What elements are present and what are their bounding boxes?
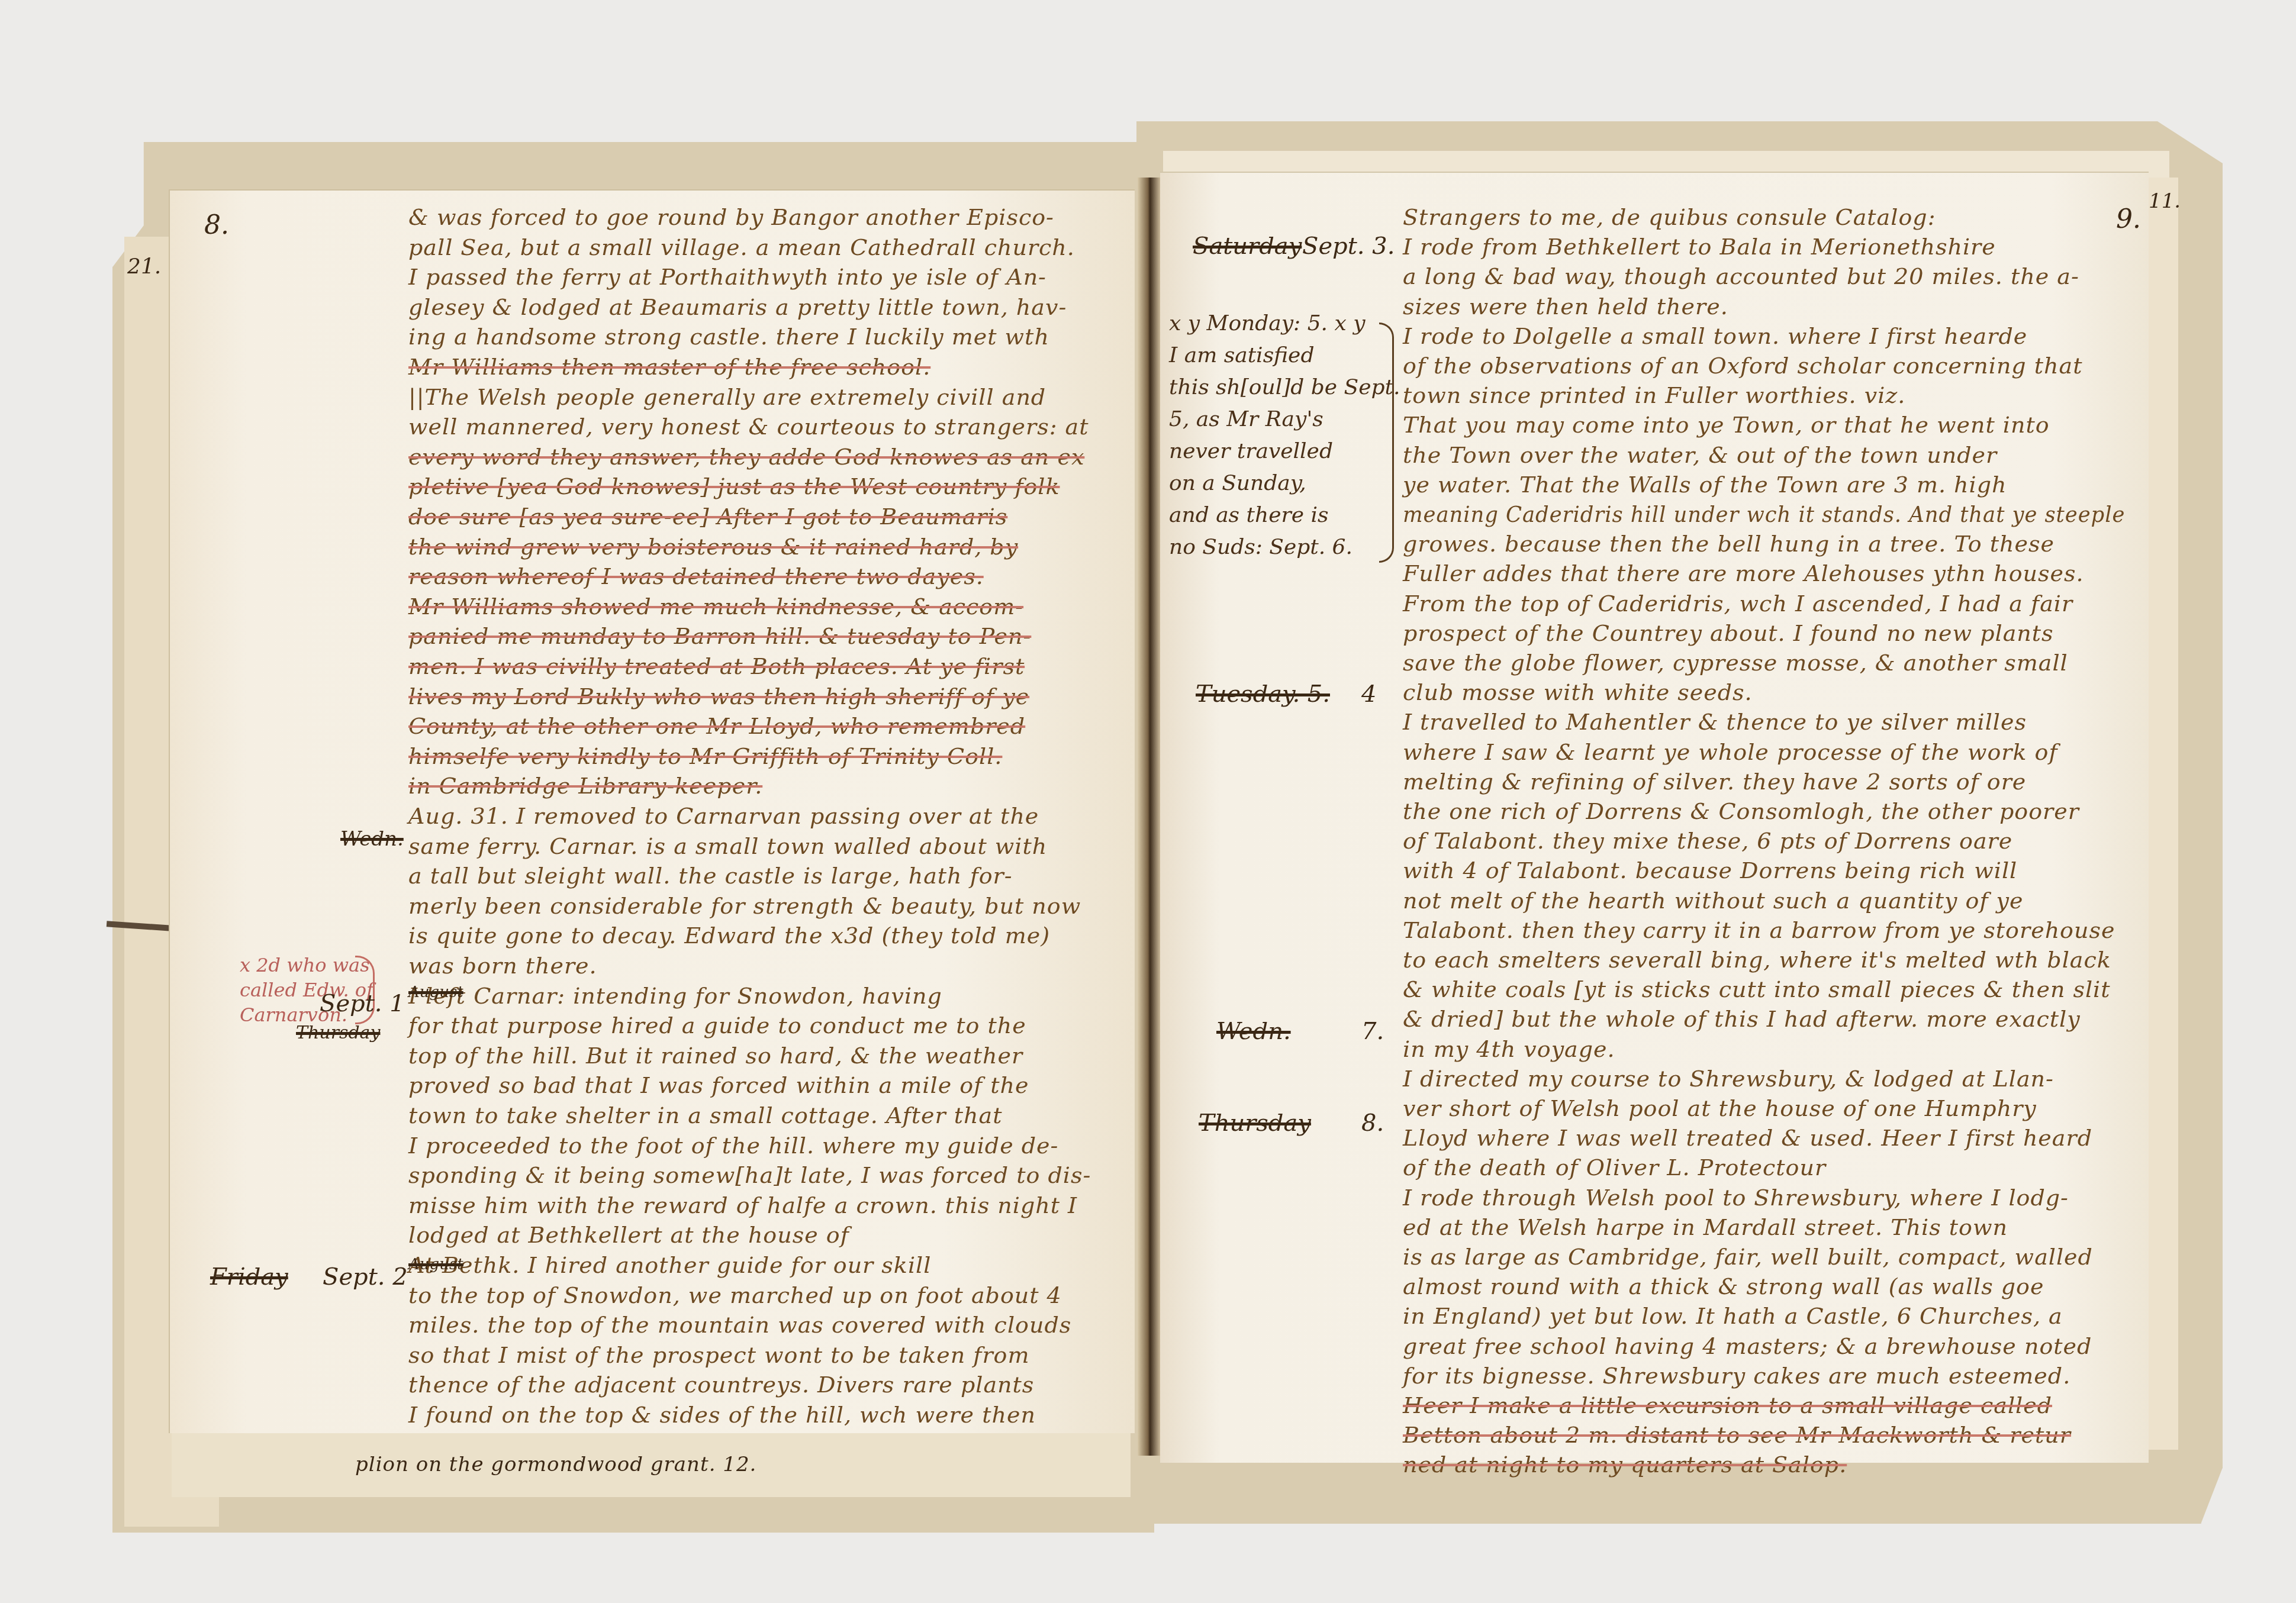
note-line: no Suds: Sept. 6. bbox=[1169, 531, 1400, 563]
struck-month-sept2: August bbox=[408, 1256, 463, 1273]
manuscript-line: was born there. bbox=[408, 953, 597, 979]
manuscript-line: pletive [yea God knowes] just as the Wes… bbox=[408, 473, 1060, 499]
date-sept3: Sept. 3. bbox=[1302, 233, 1395, 260]
manuscript-line: ing a handsome strong castle. there I lu… bbox=[408, 324, 1049, 350]
manuscript-line: pall Sea, but a small village. a mean Ca… bbox=[408, 234, 1075, 260]
manuscript-line: almost round with a thick & strong wall … bbox=[1403, 1273, 2044, 1299]
manuscript-line: Fuller addes that there are more Alehous… bbox=[1403, 560, 2084, 586]
manuscript-line: I passed the ferry at Porthaithwyth into… bbox=[408, 264, 1046, 290]
manuscript-line: where I saw & learnt ye whole processe o… bbox=[1403, 739, 2058, 765]
date-sept8: 8. bbox=[1361, 1109, 1384, 1137]
manuscript-line: same ferry. Carnar. is a small town wall… bbox=[408, 833, 1047, 859]
manuscript-line: ye water. That the Walls of the Town are… bbox=[1403, 472, 2007, 498]
manuscript-line: panied me munday to Barron hill. & tuesd… bbox=[408, 623, 1031, 649]
manuscript-line: for its bignesse. Shrewsbury cakes are m… bbox=[1403, 1363, 2070, 1389]
note-line: and as there is bbox=[1169, 499, 1400, 531]
manuscript-line: in England) yet but low. It hath a Castl… bbox=[1403, 1303, 2063, 1329]
manuscript-line: the one rich of Dorrens & Consomlogh, th… bbox=[1403, 798, 2079, 824]
manuscript-line: & was forced to goe round by Bangor anot… bbox=[408, 204, 1054, 230]
manuscript-line: for that purpose hired a guide to conduc… bbox=[408, 1012, 1026, 1038]
note-bracket bbox=[1379, 322, 1394, 563]
struck-day-sept4: Tuesday. 5. bbox=[1196, 680, 1330, 708]
note-line: on a Sunday, bbox=[1169, 467, 1400, 499]
manuscript-line: doe sure [as yea sure-ee] After I got to… bbox=[408, 504, 1007, 530]
manuscript-line: I proceeded to the foot of the hill. whe… bbox=[408, 1133, 1058, 1159]
manuscript-line: proved so bad that I was forced within a… bbox=[408, 1072, 1029, 1098]
date-sept7: 7. bbox=[1361, 1018, 1384, 1045]
manuscript-line: That you may come into ye Town, or that … bbox=[1403, 412, 2050, 438]
manuscript-line: sponding & it being somew[ha]t late, I w… bbox=[408, 1162, 1091, 1188]
manuscript-line: Mr Williams showed me much kindnesse, & … bbox=[408, 594, 1023, 620]
date-sept2: Sept. 2 bbox=[323, 1263, 408, 1291]
manuscript-line: I found on the top & sides of the hill, … bbox=[408, 1402, 1036, 1428]
struck-day-sept2: Friday bbox=[210, 1263, 288, 1291]
manuscript-line: not melt of the hearth without such a qu… bbox=[1403, 888, 2023, 914]
manuscript-line: every word they answer, they adde God kn… bbox=[408, 444, 1084, 470]
manuscript-line: Talabont. then they carry it in a barrow… bbox=[1403, 917, 2115, 943]
manuscript-line: ed at the Welsh harpe in Mardall street.… bbox=[1403, 1214, 2008, 1240]
manuscript-line: well mannered, very honest & courteous t… bbox=[408, 414, 1089, 440]
manuscript-line: Mr Williams then master of the free scho… bbox=[408, 354, 930, 380]
note-line: x y Monday: 5. x y bbox=[1169, 308, 1400, 340]
struck-day-aug31: Wedn. bbox=[340, 827, 404, 851]
manuscript-line: misse him with the reward of halfe a cro… bbox=[408, 1192, 1077, 1218]
margin-note-sept5: x y Monday: 5. x y I am satisfied this s… bbox=[1169, 308, 1400, 563]
right-under-leaf-number: 11. bbox=[2149, 189, 2181, 213]
manuscript-line: top of the hill. But it rained so hard, … bbox=[408, 1043, 1023, 1069]
manuscript-line: I travelled to Mahentler & thence to ye … bbox=[1403, 709, 2027, 735]
note-line: I am satisfied bbox=[1169, 340, 1400, 372]
manuscript-line: club mosse with white seeds. bbox=[1403, 679, 1753, 705]
manuscript-line: a long & bad way, though accounted but 2… bbox=[1403, 263, 2079, 289]
struck-day-sept7: Wedn. bbox=[1216, 1018, 1291, 1045]
book-gutter bbox=[1138, 178, 1160, 1456]
manuscript-line: to the top of Snowdon, we marched up on … bbox=[408, 1282, 1062, 1308]
manuscript-line: From the top of Caderidris, wch I ascend… bbox=[1403, 591, 2073, 617]
manuscript-line: a tall but sleight wall. the castle is l… bbox=[408, 863, 1013, 889]
manuscript-line: in my 4th voyage. bbox=[1403, 1036, 1615, 1062]
manuscript-line: Heer I make a little excursion to a smal… bbox=[1403, 1392, 2052, 1418]
manuscript-line: town since printed in Fuller worthies. v… bbox=[1403, 382, 1905, 408]
manuscript-line: is as large as Cambridge, fair, well bui… bbox=[1403, 1244, 2093, 1270]
manuscript-line: County, at the other one Mr Lloyd, who r… bbox=[408, 713, 1025, 739]
manuscript-line: town to take shelter in a small cottage.… bbox=[408, 1102, 1002, 1128]
manuscript-line: & white coals [yt is sticks cutt into sm… bbox=[1403, 976, 2111, 1002]
manuscript-line: sizes were then held there. bbox=[1403, 293, 1728, 320]
note-line: 5, as Mr Ray's bbox=[1169, 404, 1400, 436]
manuscript-line: miles. the top of the mountain was cover… bbox=[408, 1312, 1071, 1338]
manuscript-line: & dried] but the whole of this I had aft… bbox=[1403, 1006, 2081, 1032]
manuscript-line: of the death of Oliver L. Protectour bbox=[1403, 1154, 1826, 1181]
manuscript-line: growes. because then the bell hung in a … bbox=[1403, 531, 2055, 557]
manuscript-line: melting & refining of silver. they have … bbox=[1403, 769, 2026, 795]
under-leaf-text: plion on the gormondwood grant. 12. bbox=[355, 1453, 756, 1476]
manuscript-line: reason whereof I was detained there two … bbox=[408, 563, 984, 589]
struck-month-sept1: August bbox=[408, 983, 463, 1001]
manuscript-line: At Bethk. I hired another guide for our … bbox=[408, 1252, 931, 1278]
red-note-line: x 2d who was bbox=[240, 953, 373, 978]
manuscript-line: Aug. 31. I removed to Carnarvan passing … bbox=[408, 803, 1039, 829]
manuscript-line: so that I mist of the prospect wont to b… bbox=[408, 1342, 1029, 1368]
manuscript-line: great free school having 4 masters; & a … bbox=[1403, 1333, 2092, 1359]
manuscript-line: I rode to Dolgelle a small town. where I… bbox=[1403, 323, 2027, 349]
manuscript-line: ned at night to my quarters at Salop. bbox=[1403, 1452, 1847, 1478]
manuscript-line: meaning Caderidris hill under wch it sta… bbox=[1403, 501, 2125, 527]
manuscript-line: is quite gone to decay. Edward the x3d (… bbox=[408, 923, 1050, 949]
struck-day-sept3: Saturday bbox=[1193, 233, 1302, 260]
manuscript-line: ||The Welsh people generally are extreme… bbox=[408, 384, 1046, 410]
manuscript-line: I left Carnar: intending for Snowdon, ha… bbox=[408, 983, 942, 1009]
manuscript-line: of the observations of an Oxford scholar… bbox=[1403, 353, 2082, 379]
struck-day-sept1: Thursday bbox=[296, 1023, 380, 1043]
left-page-number: 8. bbox=[204, 210, 229, 240]
date-sept4: 4 bbox=[1361, 680, 1376, 708]
manuscript-line: I directed my course to Shrewsbury, & lo… bbox=[1403, 1066, 2054, 1092]
manuscript-line: glesey & lodged at Beaumaris a pretty li… bbox=[408, 294, 1067, 320]
manuscript-line: merly been considerable for strength & b… bbox=[408, 893, 1081, 919]
date-sept1: Sept. 1 bbox=[320, 990, 405, 1017]
manuscript-line: men. I was civilly treated at Both place… bbox=[408, 653, 1025, 679]
struck-day-sept8: Thursday bbox=[1199, 1109, 1311, 1137]
manuscript-line: the Town over the water, & out of the to… bbox=[1403, 442, 1997, 468]
right-page-number: 9. bbox=[2116, 204, 2141, 234]
manuscript-line: lodged at Bethkellert at the house of bbox=[408, 1222, 849, 1248]
note-line: never travelled bbox=[1169, 436, 1400, 467]
manuscript-line: ver short of Welsh pool at the house of … bbox=[1403, 1095, 2037, 1121]
manuscript-line: in Cambridge Library-keeper. bbox=[408, 773, 762, 799]
manuscript-line: thence of the adjacent countreys. Divers… bbox=[408, 1372, 1034, 1398]
manuscript-line: prospect of the Countrey about. I found … bbox=[1403, 620, 2054, 646]
manuscript-line: lives my Lord Bukly who was then high sh… bbox=[408, 683, 1029, 709]
manuscript-line: the wind grew very boisterous & it raine… bbox=[408, 534, 1018, 560]
manuscript-line: himselfe very kindly to Mr Griffith of T… bbox=[408, 743, 1002, 769]
manuscript-line: Lloyd where I was well treated & used. H… bbox=[1403, 1125, 2092, 1151]
left-under-leaf-number: 21. bbox=[127, 254, 161, 279]
manuscript-line: I rode from Bethkellert to Bala in Merio… bbox=[1403, 234, 1996, 260]
manuscript-line: of Talabont. they mixe these, 6 pts of D… bbox=[1403, 828, 2012, 854]
manuscript-line: save the globe flower, cypresse mosse, &… bbox=[1403, 650, 2068, 676]
manuscript-line: to each smelters severall bing, where it… bbox=[1403, 947, 2111, 973]
manuscript-line: Strangers to me, de quibus consule Catal… bbox=[1403, 204, 1936, 230]
manuscript-line: with 4 of Talabont. because Dorrens bein… bbox=[1403, 857, 2017, 883]
note-line: this sh[oul]d be Sept. bbox=[1169, 372, 1400, 404]
manuscript-line: I rode through Welsh pool to Shrewsbury,… bbox=[1403, 1185, 2069, 1211]
manuscript-line: Betton about 2 m. distant to see Mr Mack… bbox=[1403, 1422, 2071, 1448]
